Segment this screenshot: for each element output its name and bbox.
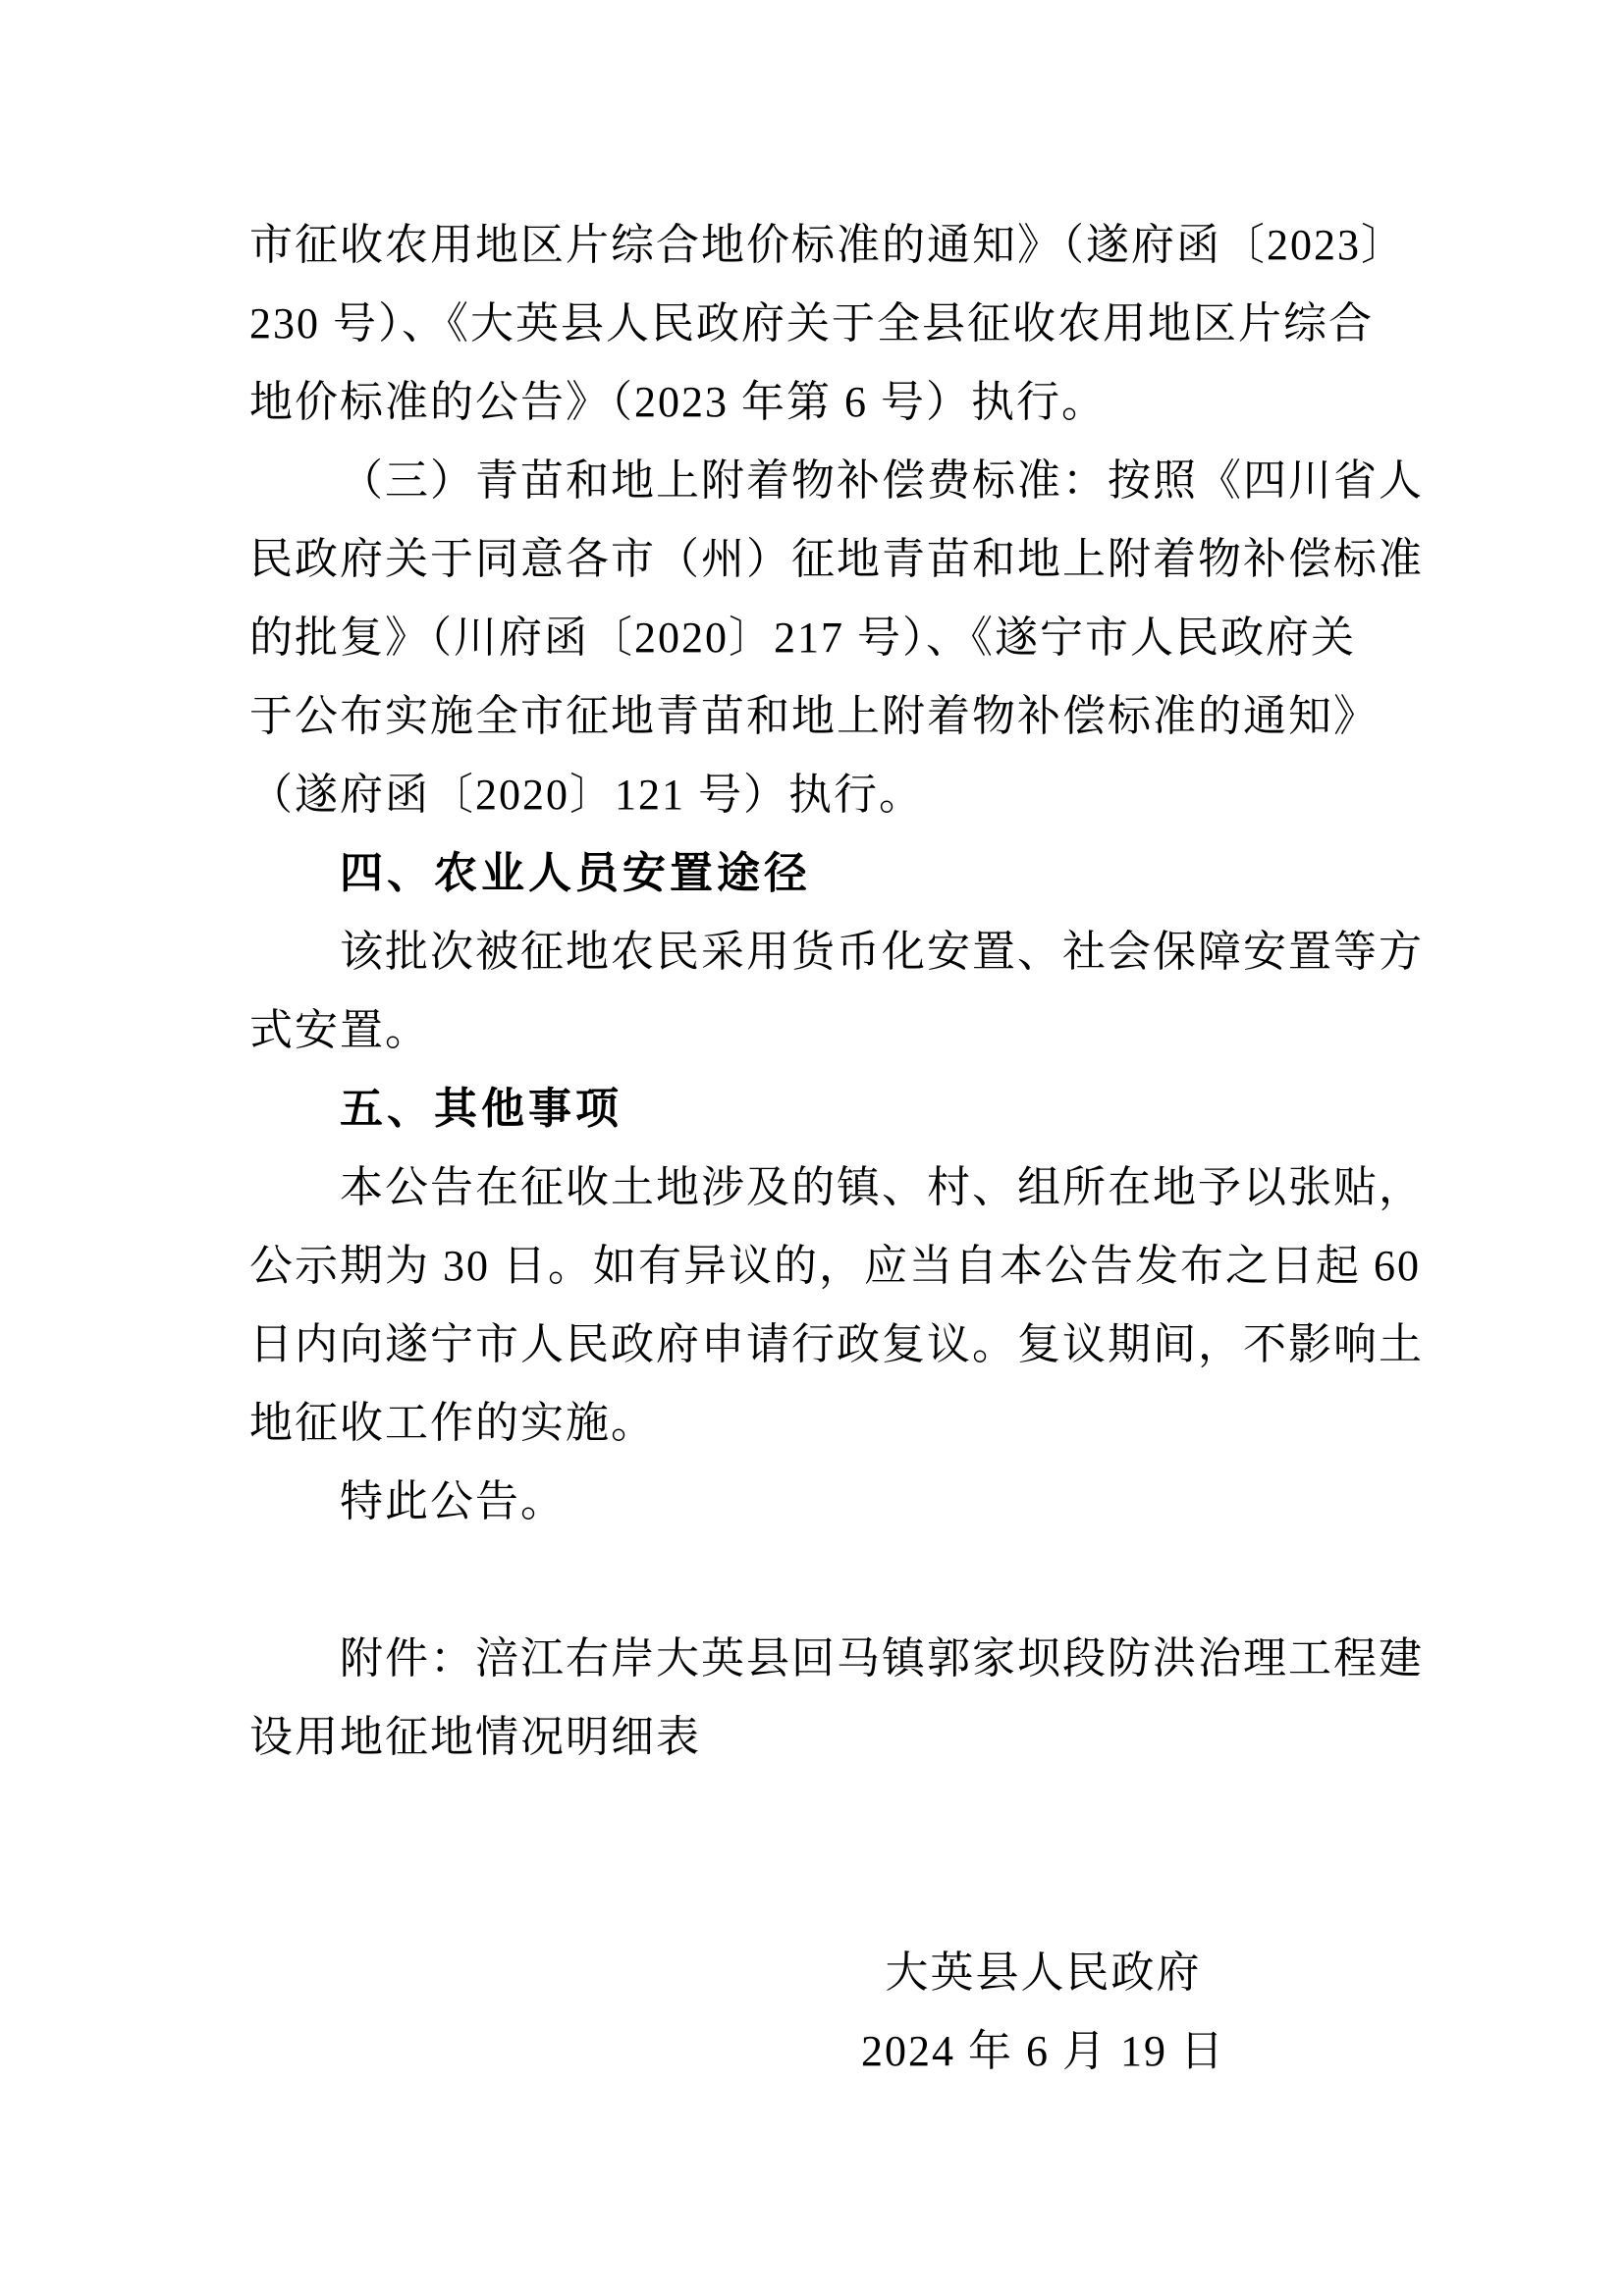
document-line: 特此公告。 [249,1463,1420,1541]
section-heading-5: 五、其他事项 [249,1070,1420,1148]
document-line: （三）青苗和地上附着物补偿费标准：按照《四川省人 [249,442,1420,520]
document-page: 市征收农用地区片综合地价标准的通知》（遂府函〔2023〕 230 号）、《大英县… [0,0,1624,2296]
document-line: 市征收农用地区片综合地价标准的通知》（遂府函〔2023〕 [249,206,1420,285]
document-line: 于公布实施全市征地青苗和地上附着物补偿标准的通知》 [249,677,1420,756]
attachment-line: 设用地征地情况明细表 [249,1698,1420,1777]
document-line: 公示期为 30 日。如有异议的，应当自本公告发布之日起 60 [249,1227,1420,1306]
document-line: 地价标准的公告》（2023 年第 6 号）执行。 [249,363,1420,442]
signature-date: 2024 年 6 月 19 日 [861,2012,1225,2091]
signature-issuer: 大英县人民政府 [861,1934,1225,2012]
blank-line [249,1777,1420,1855]
signature-block: 大英县人民政府 2024 年 6 月 19 日 [861,1934,1225,2091]
document-line: （遂府函〔2020〕121 号）执行。 [249,756,1420,834]
blank-line [249,1541,1420,1620]
document-line: 式安置。 [249,991,1420,1070]
document-line: 230 号）、《大英县人民政府关于全县征收农用地区片综合 [249,285,1420,363]
document-line: 本公告在征收土地涉及的镇、村、组所在地予以张贴， [249,1148,1420,1227]
document-line: 日内向遂宁市人民政府申请行政复议。复议期间，不影响土 [249,1306,1420,1384]
blank-line [249,1855,1420,1934]
document-line: 该批次被征地农民采用货币化安置、社会保障安置等方 [249,913,1420,991]
section-heading-4: 四、农业人员安置途径 [249,834,1420,913]
attachment-line: 附件：涪江右岸大英县回马镇郭家坝段防洪治理工程建 [249,1620,1420,1698]
document-line: 的批复》（川府函〔2020〕217 号）、《遂宁市人民政府关 [249,599,1420,677]
document-content: 市征收农用地区片综合地价标准的通知》（遂府函〔2023〕 230 号）、《大英县… [249,206,1420,2091]
document-line: 地征收工作的实施。 [249,1384,1420,1463]
document-line: 民政府关于同意各市（州）征地青苗和地上附着物补偿标准 [249,520,1420,599]
